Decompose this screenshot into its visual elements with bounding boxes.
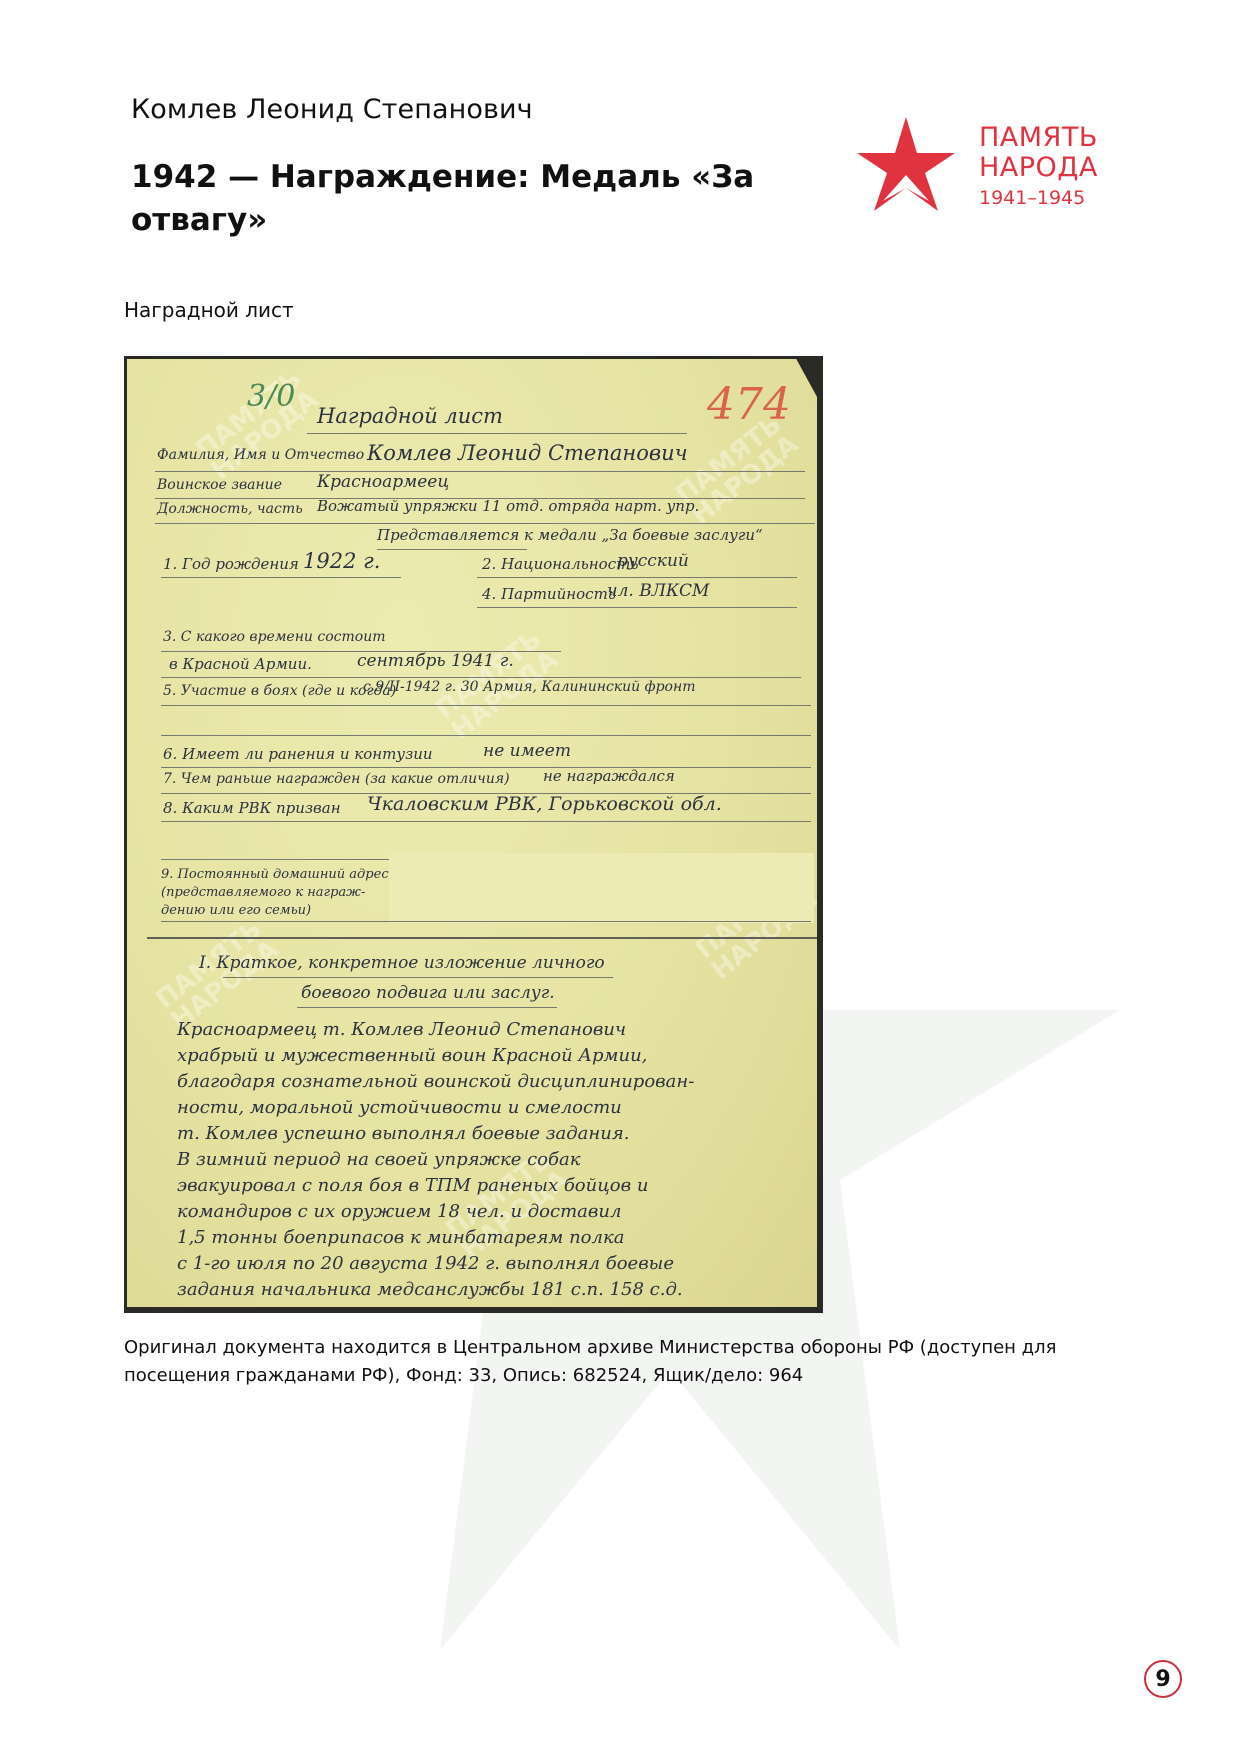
- address-label-1: 9. Постоянный домашний адрес: [161, 867, 389, 882]
- rvk-label: 8. Каким РВК призван: [163, 799, 341, 817]
- fio-label: Фамилия, Имя и Отчество: [157, 447, 364, 463]
- rvk-value: Чкаловским РВК, Горьковской обл.: [367, 793, 722, 815]
- party-value: чл. ВЛКСМ: [607, 581, 709, 601]
- awards-label: 7. Чем раньше награжден (за какие отличи…: [163, 771, 510, 787]
- address-label-2: (представляемого к награж-: [161, 885, 365, 900]
- award-sheet-scan: ПАМЯТЬ НАРОДА ПАМЯТЬ НАРОДА ПАМЯТЬ НАРОД…: [124, 356, 823, 1313]
- person-name: Комлев Леонид Степанович: [131, 94, 533, 125]
- description-line: с 1-го июля по 20 августа 1942 г. выполн…: [177, 1253, 674, 1274]
- fio-value: Комлев Леонид Степанович: [367, 441, 688, 465]
- presented-to: Представляется к медали „За боевые заслу…: [377, 526, 763, 544]
- description-line: храбрый и мужественный воин Красной Арми…: [177, 1045, 647, 1066]
- service-value: сентябрь 1941 г.: [357, 651, 514, 671]
- service-label-1: 3. С какого времени состоит: [163, 629, 386, 645]
- description-line: 1,5 тонны боеприпасов к минбатареям полк…: [177, 1227, 624, 1248]
- description-line: командиров с их оружием 18 чел. и достав…: [177, 1201, 621, 1222]
- description-line: ности, моральной устойчивости и смелости: [177, 1097, 622, 1118]
- logo-line1: ПАМЯТЬ: [979, 123, 1098, 153]
- birth-value: 1922 г.: [303, 549, 380, 573]
- description-line: благодаря сознательной воинской дисципли…: [177, 1071, 694, 1092]
- birth-label: 1. Год рождения: [163, 555, 299, 573]
- archive-number-green: 3/0: [247, 379, 295, 414]
- section-title-2: боевого подвига или заслуг.: [301, 983, 555, 1003]
- description-line: эвакуировал с поля боя в ТПМ раненых бой…: [177, 1175, 648, 1196]
- party-label: 4. Партийность: [482, 585, 616, 603]
- section-title-1: I. Краткое, конкретное изложение личного: [199, 953, 605, 973]
- archive-source-note: Оригинал документа находится в Центральн…: [124, 1334, 1124, 1390]
- address-label-3: дению или его семьи): [161, 903, 311, 918]
- logo-line2: НАРОДА: [979, 153, 1098, 183]
- pamyat-naroda-logo[interactable]: ПАМЯТЬ НАРОДА 1941–1945: [855, 115, 1135, 225]
- address-redacted: [389, 853, 814, 923]
- unit-label: Должность, часть: [157, 501, 303, 517]
- rank-value: Красноармеец: [317, 472, 449, 492]
- archive-number-red: 474: [707, 379, 791, 430]
- battles-value: с 9/II-1942 г. 30 Армия, Калининский фро…: [363, 679, 696, 695]
- awards-value: не награждался: [543, 767, 675, 785]
- rank-label: Воинское звание: [157, 477, 282, 493]
- unit-value: Вожатый упряжки 11 отд. отряда нарт. упр…: [317, 497, 699, 515]
- description-line: задания начальника медсанслужбы 181 с.п.…: [177, 1279, 683, 1300]
- page-number: 9: [1144, 1660, 1182, 1698]
- description-line: т. Комлев успешно выполнял боевые задани…: [177, 1123, 630, 1144]
- nationality-label: 2. Национальность: [482, 555, 639, 573]
- description-line: Красноармеец т. Комлев Леонид Степанович: [177, 1019, 626, 1040]
- battles-label: 5. Участие в боях (где и когда): [163, 683, 396, 699]
- logo-years: 1941–1945: [979, 185, 1098, 211]
- document-caption: Наградной лист: [124, 298, 294, 322]
- description-line: В зимний период на своей упряжке собак: [177, 1149, 581, 1170]
- award-sheet-paper: ПАМЯТЬ НАРОДА ПАМЯТЬ НАРОДА ПАМЯТЬ НАРОД…: [127, 359, 817, 1307]
- nationality-value: русский: [617, 551, 689, 571]
- page-title: 1942 — Награждение: Медаль «За отвагу»: [131, 156, 791, 242]
- wounds-value: не имеет: [483, 741, 571, 761]
- wounds-label: 6. Имеет ли ранения и контузии: [163, 745, 433, 763]
- sheet-heading: Наградной лист: [317, 404, 503, 428]
- service-label-2: в Красной Армии.: [169, 655, 312, 673]
- red-star-icon: [855, 115, 957, 215]
